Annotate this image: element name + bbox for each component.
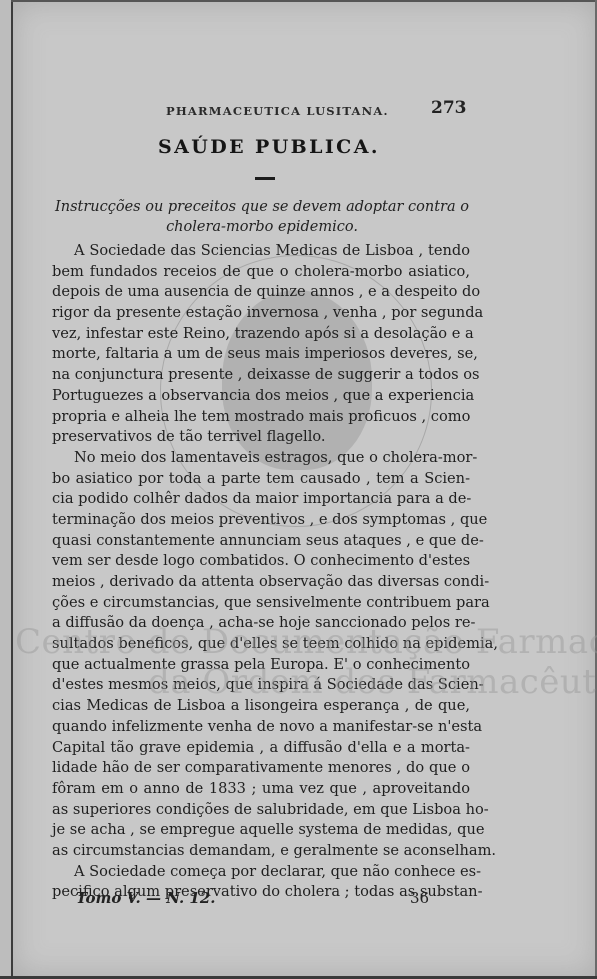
text-line: sultados beneficos, que d'elles se teem … xyxy=(52,634,470,655)
text-line: a diffusão da doença , acha-se hoje sanc… xyxy=(52,613,470,634)
text-line: d'estes mesmos meios, que inspira á Soci… xyxy=(52,675,470,696)
text-line: que actualmente grassa pela Europa. E' o… xyxy=(52,655,470,676)
article-body: A Sociedade das Sciencias Medicas de Lis… xyxy=(52,241,470,903)
volume-number: Tomo V. — N. 12. xyxy=(76,889,216,907)
text-line: preservativos de tão terrivel flagello. xyxy=(52,427,470,448)
text-line: propria e alheia lhe tem mostrado mais p… xyxy=(52,407,470,428)
text-line: ções e circumstancias, que sensivelmente… xyxy=(52,593,470,614)
text-line: lidade hão de ser comparativamente menor… xyxy=(52,758,470,779)
text-line: vem ser desde logo combatidos. O conheci… xyxy=(52,551,470,572)
page-footer: Tomo V. — N. 12. 36 xyxy=(76,889,436,907)
text-line: bo asiatico por toda a parte tem causado… xyxy=(52,469,470,490)
text-line: bem fundados receios de que o cholera-mo… xyxy=(52,262,470,283)
text-line: terminação dos meios preventivos , e dos… xyxy=(52,510,470,531)
text-line: meios , derivado da attenta observação d… xyxy=(52,572,470,593)
text-line: No meio dos lamentaveis estragos, que o … xyxy=(52,448,470,469)
subtitle-line: cholera-morbo epidemico. xyxy=(52,217,472,237)
section-title: SAÚDE PUBLICA. xyxy=(158,136,380,158)
text-line: cia podido colhêr dados da maior importa… xyxy=(52,489,470,510)
page-content: PHARMACEUTICA LUSITANA. 273 SAÚDE PUBLIC… xyxy=(52,98,472,122)
text-line: depois de uma ausencia de quinze annos ,… xyxy=(52,282,470,303)
signature-mark: 36 xyxy=(410,889,429,907)
page-number: 273 xyxy=(431,98,467,118)
text-line: rigor da presente estação invernosa , ve… xyxy=(52,303,470,324)
text-line: Capital tão grave epidemia , a diffusão … xyxy=(52,738,470,759)
text-line: fôram em o anno de 1833 ; uma vez que , … xyxy=(52,779,470,800)
running-head: PHARMACEUTICA LUSITANA. 273 xyxy=(52,98,472,122)
text-line: na conjunctura presente , deixasse de su… xyxy=(52,365,470,386)
text-line: je se acha , se empregue aquelle systema… xyxy=(52,820,470,841)
text-line: cias Medicas de Lisboa a lisongeira espe… xyxy=(52,696,470,717)
article-subtitle: Instrucções ou preceitos que se devem ad… xyxy=(52,197,472,237)
journal-title: PHARMACEUTICA LUSITANA. xyxy=(166,104,389,118)
subtitle-line: Instrucções ou preceitos que se devem ad… xyxy=(52,197,472,217)
text-line: as superiores condições de salubridade, … xyxy=(52,800,470,821)
text-line: quando infelizmente venha de novo a mani… xyxy=(52,717,470,738)
facing-page-edge xyxy=(0,0,11,979)
text-line: quasi constantemente annunciam seus ataq… xyxy=(52,531,470,552)
text-line: as circumstancias demandam, e geralmente… xyxy=(52,841,470,862)
text-line: vez, infestar este Reino, trazendo após … xyxy=(52,324,470,345)
text-line: A Sociedade começa por declarar, que não… xyxy=(52,862,470,883)
title-rule-divider xyxy=(255,177,275,180)
text-line: A Sociedade das Sciencias Medicas de Lis… xyxy=(52,241,470,262)
text-line: morte, faltaria a um de seus mais imperi… xyxy=(52,344,470,365)
page-top-border xyxy=(11,0,597,2)
text-line: Portuguezes a observancia dos meios , qu… xyxy=(52,386,470,407)
